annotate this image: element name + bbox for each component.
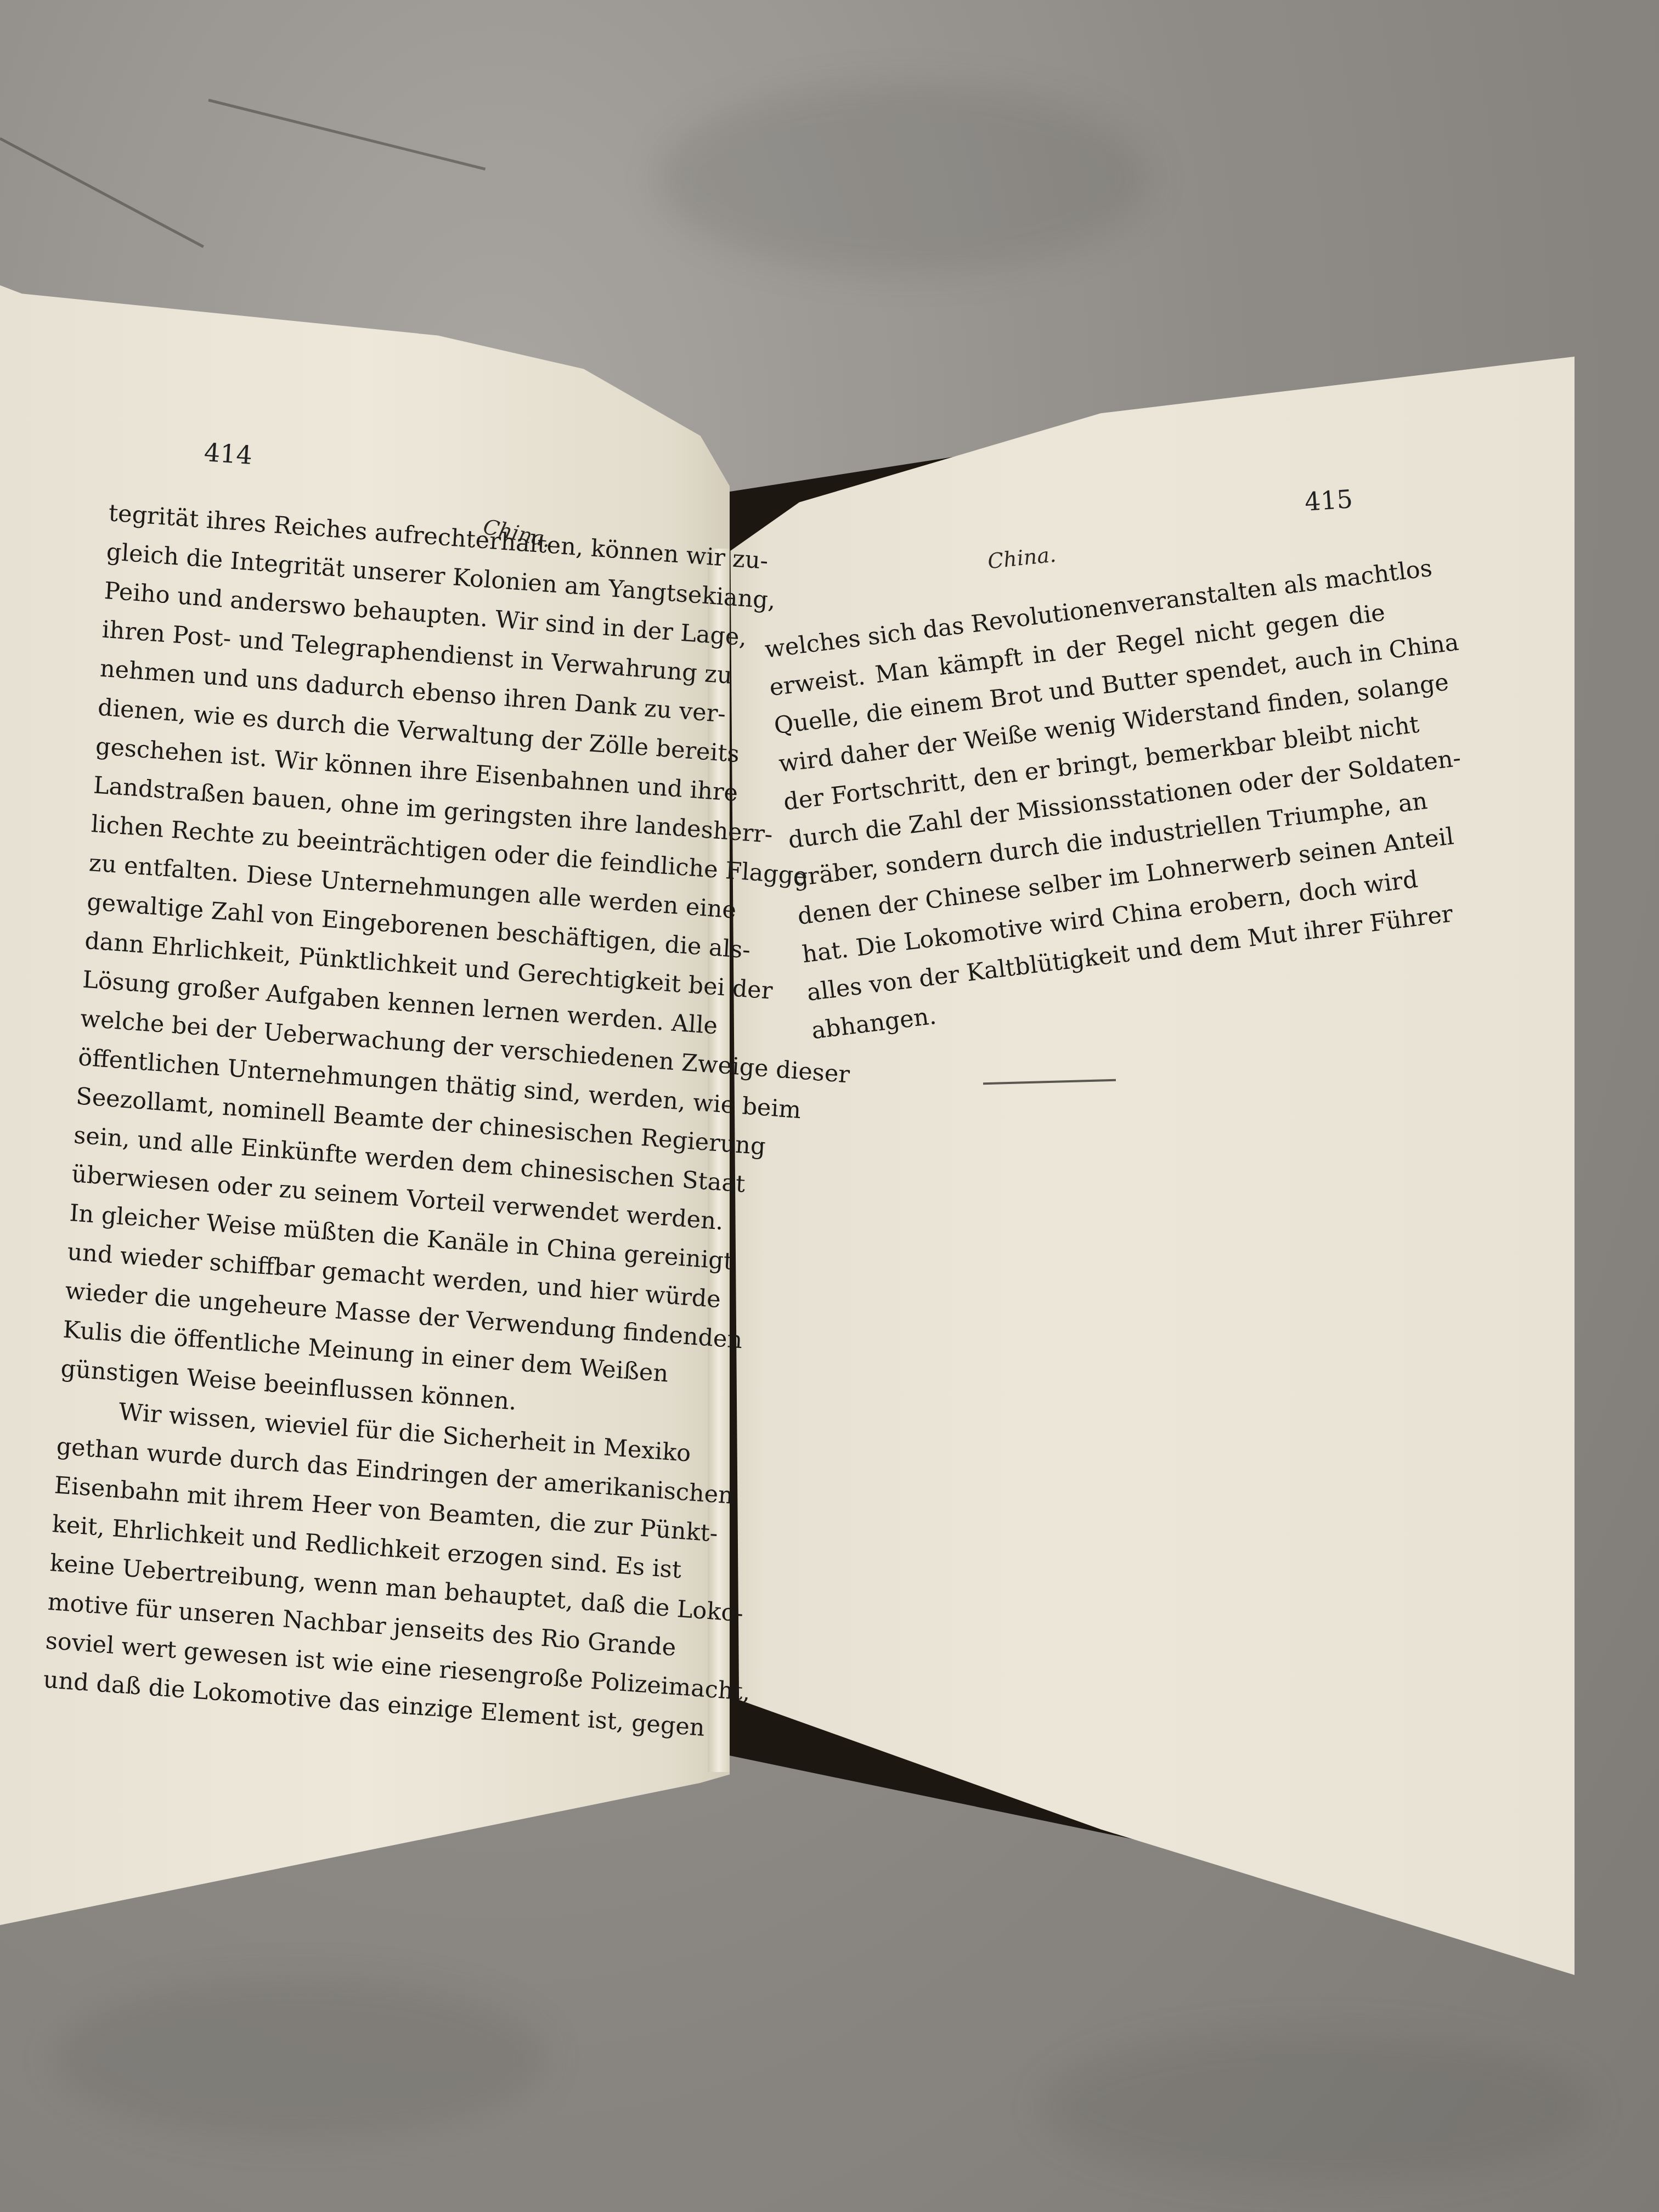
right-page-body: welches sich das Revolutionenveranstalte… bbox=[763, 555, 1429, 1050]
open-book: 414 China. tegrität ihres Reiches aufrec… bbox=[0, 0, 1659, 2212]
book-gutter bbox=[708, 549, 730, 1772]
page-number-right: 415 bbox=[1304, 484, 1353, 517]
page-number-left: 414 bbox=[203, 437, 253, 470]
left-page-body: tegrität ihres Reiches aufrechterhalten,… bbox=[42, 494, 690, 1742]
